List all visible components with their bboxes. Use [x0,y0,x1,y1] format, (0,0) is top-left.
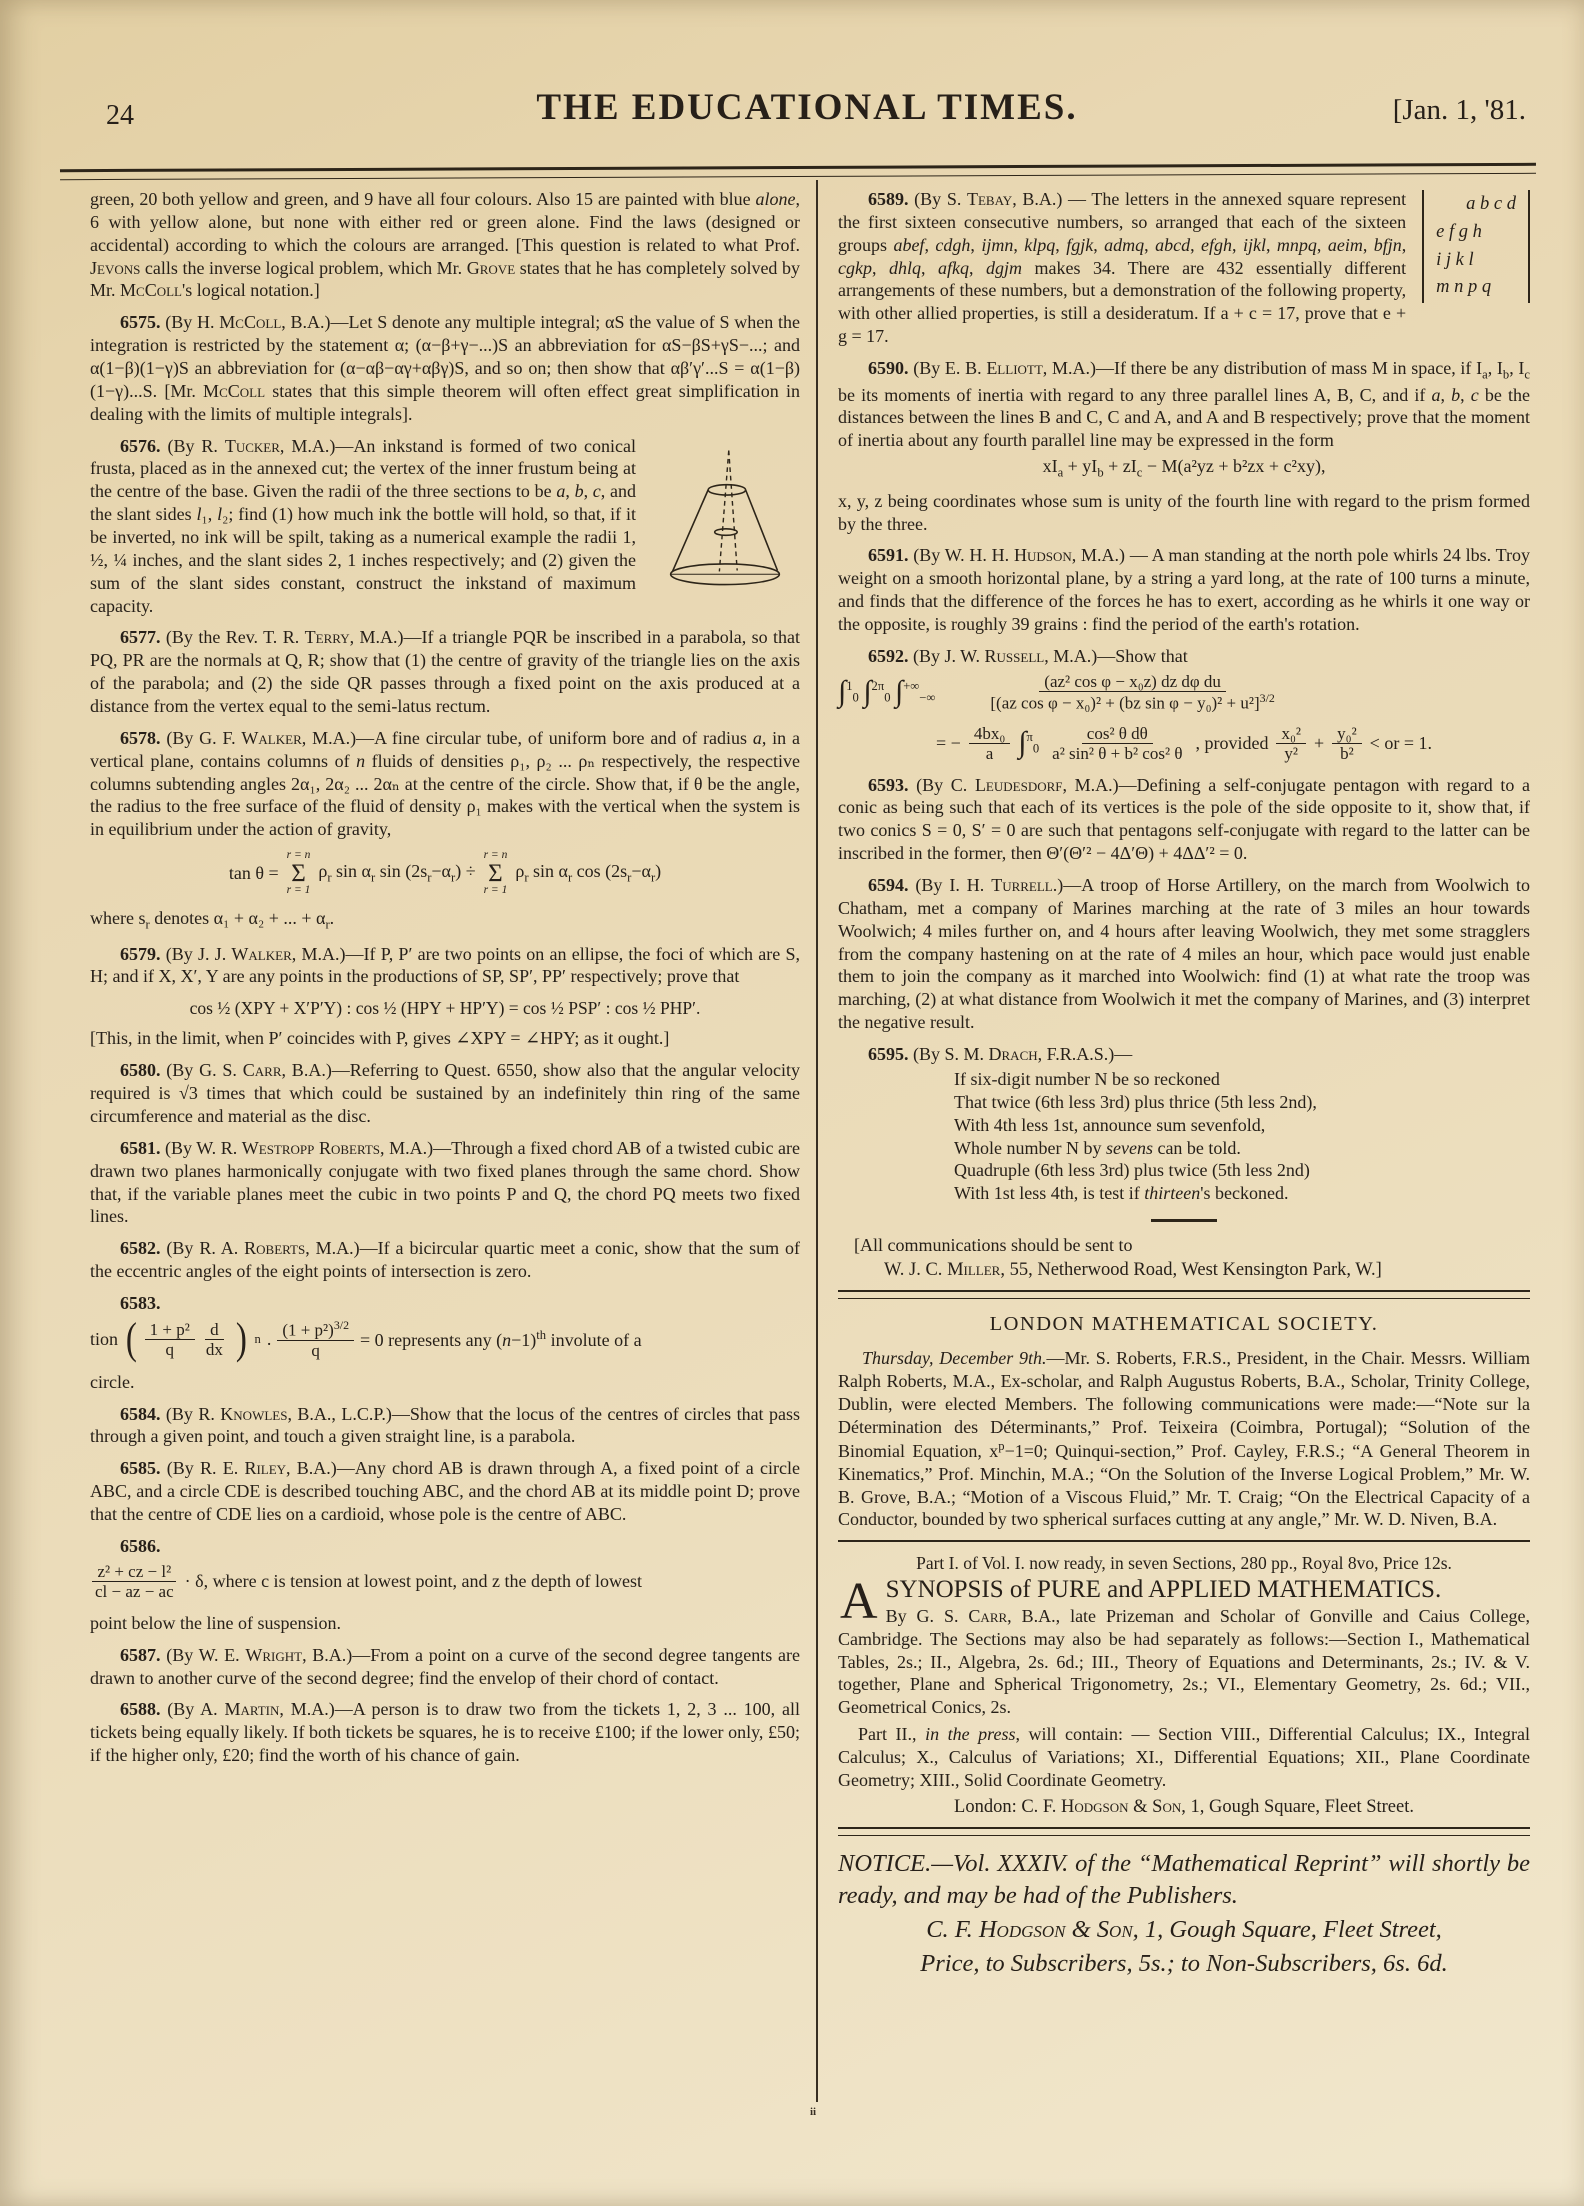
problem-6583: 6583. [90,1292,800,1315]
formula-where-clause: where sr denotes α₁ + α₂ + ... + αr. [90,907,800,934]
problem-6588: 6588. (By A. Martin, M.A.)—A person is t… [90,1698,800,1767]
equals-sign: = − [936,732,961,755]
problem-text: (By R. E. Riley, B.A.)—Any chord AB is d… [90,1458,800,1524]
problem-number: 6578. [120,728,161,748]
sigma-operator: r = nΣr = 1 [287,850,311,897]
formula-6590: xIa + yIb + zIc − M(a²yz + b²zx + c²xy), [838,455,1530,482]
problem-text: (By R. Knowles, B.A., L.C.P.)—Show that … [90,1404,800,1447]
communications-address: W. J. C. Miller, 55, Netherwood Road, We… [838,1259,1530,1282]
multiplication-dot: . [267,1328,272,1351]
lms-report: Thursday, December 9th.—Mr. S. Roberts, … [838,1347,1530,1531]
double-rule [838,1290,1530,1299]
notice-text: NOTICE.—Vol. XXXIV. of the “Mathematical… [838,1848,1530,1912]
formula-6578: tan θ = r = nΣr = 1 ρr sin αr sin (2sr−α… [90,850,800,897]
letter-square-figure: a b c de f g hi j k lm n p q [1422,190,1530,303]
problem-6586: 6586. [90,1535,800,1558]
column-divider [816,180,818,2102]
formula-lhs: tan θ = [229,862,279,885]
problem-6587: 6587. (By W. E. Wright, B.A.)—From a poi… [90,1644,800,1690]
fraction: 4bx₀a [969,724,1010,764]
formula-6586: z² + cz − l²cl − az − ac · δ, where c is… [90,1562,800,1602]
synopsis-part2: Part II., in the press, will contain: — … [838,1723,1530,1792]
problem-6585: 6585. (By R. E. Riley, B.A.)—Any chord A… [90,1457,800,1526]
problem-number: 6580. [120,1060,161,1080]
formula-term: ρr sin αr sin (2sr−αr) ÷ [318,860,475,887]
formula-tail-text: · δ, where c is tension at lowest point,… [185,1570,642,1593]
header-rule [60,163,1536,180]
problem-text: (By J. W. Russell, M.A.)—Show that [909,646,1188,666]
problem-6575: 6575. (By H. McColl, B.A.)—Let S denote … [90,311,800,425]
inequality-text: < or = 1. [1370,732,1432,755]
problem-number: 6588. [120,1699,161,1719]
inkstand-figure [650,437,800,599]
notice-publisher: C. F. Hodgson & Son, 1, Gough Square, Fl… [838,1914,1530,1946]
problem-6594: 6594. (By I. H. Turrell.)—A troop of Hor… [838,874,1530,1034]
section-separator [1151,1219,1217,1222]
problem-text: (By J. J. Walker, M.A.)—If P, P′ are two… [90,944,800,987]
problem-6581: 6581. (By W. R. Westropp Roberts, M.A.)—… [90,1137,800,1228]
problem-text: (By H. McColl, B.A.)—Let S denote any mu… [90,312,800,423]
problem-text: (By A. Martin, M.A.)—A person is to draw… [90,1699,800,1765]
problem-6578: 6578. (By G. F. Walker, M.A.)—A fine cir… [90,727,800,841]
verse-line: Whole number N by sevens can be told. [954,1137,1530,1160]
problem-number: 6593. [868,775,909,795]
plus-sign: + [1314,732,1324,755]
communications-note: [All communications should be sent to [838,1234,1530,1257]
formula-6592-line2: = − 4bx₀a ∫π0 cos² θ dθa² sin² θ + b² co… [838,724,1530,764]
problem-number: 6589. [868,189,909,209]
verse-line: Quadruple (6th less 3rd) plus twice (5th… [954,1159,1530,1182]
open-paren: ( [126,1324,137,1355]
verse-line: With 4th less 1st, announce sum sevenfol… [954,1114,1530,1137]
problem-number: 6590. [868,358,909,378]
fraction: x₀²y² [1276,724,1306,764]
fraction: y₀²b² [1332,724,1362,764]
problem-text: (By S. Tebay, B.A.) — The letters in the… [838,189,1406,346]
problem-text: (By E. B. Elliott, M.A.)—If there be any… [838,358,1530,450]
issue-date: [Jan. 1, '81. [1393,94,1526,127]
problem-6582: 6582. (By R. A. Roberts, M.A.)—If a bici… [90,1237,800,1283]
signature-mark: ii [810,2106,816,2118]
close-paren: ) [236,1324,247,1355]
page-header: 24 THE EDUCATIONAL TIMES. [Jan. 1, '81. [88,86,1526,156]
problem-6584: 6584. (By R. Knowles, B.A., L.C.P.)—Show… [90,1403,800,1449]
verse-line: With 1st less 4th, is test if thirteen's… [954,1182,1530,1205]
problem-6593: 6593. (By C. Leudesdorf, M.A.)—Defining … [838,774,1530,865]
problem-6595: 6595. (By S. M. Drach, F.R.A.S.)— [838,1043,1530,1066]
fraction: (1 + p²)3/2q [277,1319,354,1361]
provided-text: , provided [1195,732,1268,755]
newspaper-page: 24 THE EDUCATIONAL TIMES. [Jan. 1, '81. … [0,0,1584,2206]
notice-price: Price, to Subscribers, 5s.; to Non-Subsc… [838,1948,1530,1980]
problem-6580: 6580. (By G. S. Carr, B.A.)—Referring to… [90,1059,800,1128]
problem-number: 6585. [120,1458,161,1478]
synopsis-title: SYNOPSIS of PURE and APPLIED MATHEMATICS… [838,1577,1530,1603]
intro-continuation: green, 20 both yellow and green, and 9 h… [90,188,800,302]
problem-number: 6576. [120,436,161,456]
masthead-title: THE EDUCATIONAL TIMES. [88,86,1526,129]
sigma-operator: r = nΣr = 1 [484,850,508,897]
problem-6586-tail: point below the line of suspension. [90,1612,800,1635]
problem-6591: 6591. (By W. H. H. Hudson, M.A.) — A man… [838,544,1530,635]
verse-line: That twice (6th less 3rd) plus thrice (5… [954,1091,1530,1114]
problem-number: 6575. [120,312,161,332]
problem-number: 6584. [120,1404,161,1424]
note-6579: [This, in the limit, when P′ coincides w… [90,1027,800,1050]
problem-text: (By W. H. H. Hudson, M.A.) — A man stand… [838,545,1530,634]
synopsis-ready-line: Part I. of Vol. I. now ready, in seven S… [838,1552,1530,1574]
fraction: ddx [201,1320,228,1360]
triple-integral: ∫10 ∫2π0 ∫+∞−∞ [838,679,935,707]
problem-text: (By R. A. Roberts, M.A.)—If a bicircular… [90,1238,800,1281]
problem-6579: 6579. (By J. J. Walker, M.A.)—If P, P′ a… [90,943,800,989]
problem-number: 6577. [120,627,161,647]
problem-text: (By S. M. Drach, F.R.A.S.)— [909,1044,1133,1064]
synopsis-body: By G. S. Carr, B.A., late Prizeman and S… [838,1605,1530,1719]
thin-rule [838,1540,1530,1542]
problem-6576: 6576. (By R. Tucker, M.A.)—An inkstand i… [90,435,800,618]
left-column: green, 20 both yellow and green, and 9 h… [90,188,800,1776]
problem-number: 6581. [120,1138,161,1158]
problem-6592: 6592. (By J. W. Russell, M.A.)—Show that [838,645,1530,668]
verse-line: If six-digit number N be so reckoned [954,1068,1530,1091]
problem-number: 6583. [120,1293,161,1313]
problem-number: 6592. [868,646,909,666]
problem-number: 6582. [120,1238,161,1258]
formula-tail-text: = 0 represents any (n−1)th involute of a [360,1328,642,1352]
problem-text: (By C. Leudesdorf, M.A.)—Defining a self… [838,775,1530,864]
right-column: a b c de f g hi j k lm n p q 6589. (By S… [838,188,1530,1982]
formula-word: tion [90,1328,118,1351]
problem-number: 6579. [120,944,161,964]
formula-6583: tion ( 1 + p²q ddx )n . (1 + p²)3/2q = 0… [90,1319,800,1361]
problem-6590-tail: x, y, z being coordinates whose sum is u… [838,490,1530,536]
problem-number: 6587. [120,1645,161,1665]
problem-6577: 6577. (By the Rev. T. R. Terry, M.A.)—If… [90,626,800,717]
problem-text: (By G. F. Walker, M.A.)—A fine circular … [90,728,800,839]
problem-6583-tail: circle. [90,1371,800,1394]
problem-number: 6586. [120,1536,161,1556]
fraction: z² + cz − l²cl − az − ac [90,1562,179,1602]
fraction: cos² θ dθa² sin² θ + b² cos² θ [1047,724,1187,764]
fraction: (az² cos φ − x₀z) dz dφ du[(az cos φ − x… [985,672,1279,714]
formula-6592-line1: ∫10 ∫2π0 ∫+∞−∞ (az² cos φ − x₀z) dz dφ d… [838,672,1530,714]
formula-term: ρr sin αr cos (2sr−αr) [515,860,661,887]
problem-number: 6591. [868,545,909,565]
problem-text: (By R. Tucker, M.A.)—An inkstand is form… [90,436,636,616]
problem-text: (By W. R. Westropp Roberts, M.A.)—Throug… [90,1138,800,1227]
synopsis-publisher: London: C. F. Hodgson & Son, 1, Gough Sq… [838,1796,1530,1819]
problem-text: (By I. H. Turrell.)—A troop of Horse Art… [838,875,1530,1032]
problem-text: (By the Rev. T. R. Terry, M.A.)—If a tri… [90,627,800,716]
exponent: n [255,1332,261,1348]
problem-text: (By G. S. Carr, B.A.)—Referring to Quest… [90,1060,800,1126]
double-rule [838,1827,1530,1836]
integral: ∫π0 [1018,730,1039,758]
drop-cap: A [838,1577,886,1624]
formula-6579: cos ½ (XPY + X′P′Y) : cos ½ (HPY + HP′Y)… [90,997,800,1019]
problem-number: 6595. [868,1044,909,1064]
problem-text: (By W. E. Wright, B.A.)—From a point on … [90,1645,800,1688]
problem-number: 6594. [868,875,909,895]
synopsis-ad: A SYNOPSIS of PURE and APPLIED MATHEMATI… [838,1577,1530,1820]
problem-6590: 6590. (By E. B. Elliott, M.A.)—If there … [838,357,1530,452]
lms-heading: LONDON MATHEMATICAL SOCIETY. [838,1311,1530,1337]
problem-6589: a b c de f g hi j k lm n p q 6589. (By S… [838,188,1530,348]
fraction: 1 + p²q [145,1320,195,1360]
